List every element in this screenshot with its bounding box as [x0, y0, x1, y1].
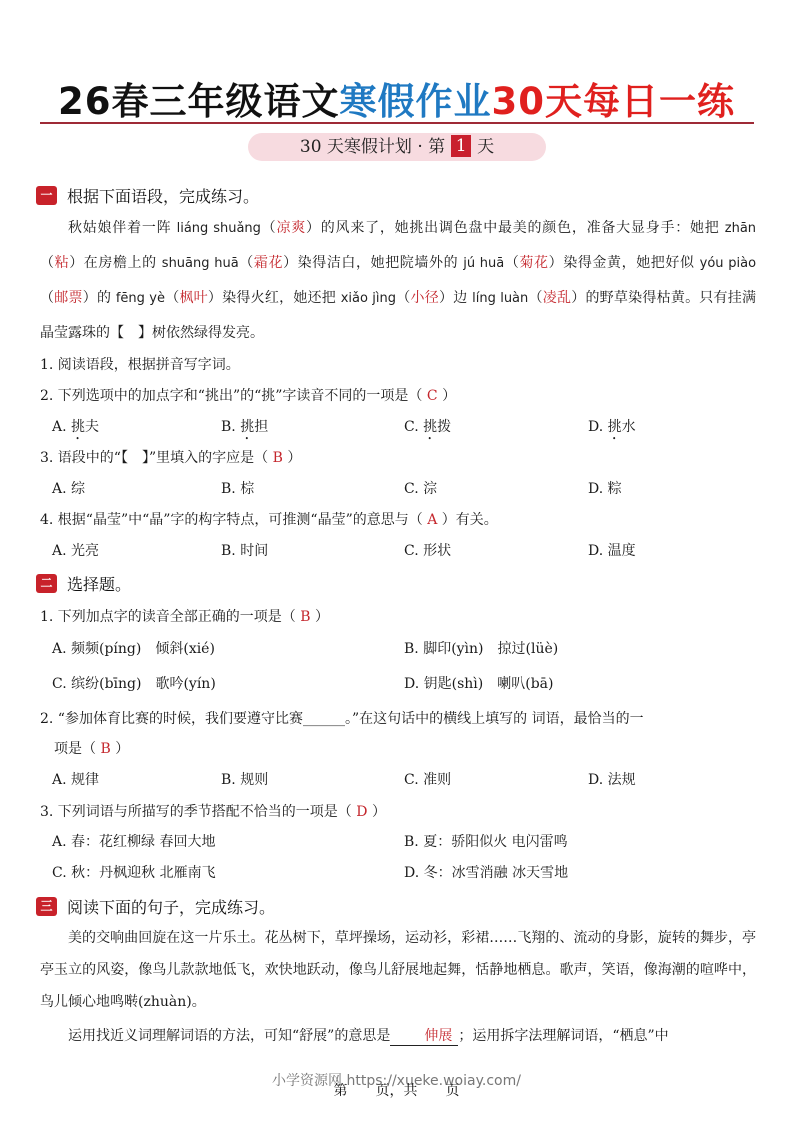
answer: D: [356, 804, 367, 820]
option-c: C. 挑拨: [404, 416, 451, 443]
option-a: A. 挑夫: [52, 416, 99, 443]
answer: B: [300, 609, 310, 625]
question-3-1: 运用找近义词理解词语的方法，可知“舒展”的意思是伸展；运用拆字法理解词语，“栖息…: [40, 1020, 756, 1052]
question-2-2: 2. “参加体育比赛的时候，我们要遵守比赛______。”在这句话中的横线上填写…: [40, 708, 644, 728]
option-c: C. 秋：丹枫迎秋 北雁南飞: [52, 862, 216, 882]
title-divider: [40, 122, 754, 124]
section-title: 根据下面语段，完成练习。: [67, 184, 259, 207]
answer: C: [427, 388, 438, 404]
option-d: D. 挑水: [588, 416, 636, 443]
option-a: A. 规律: [52, 769, 99, 789]
section-number-icon: 一: [36, 186, 57, 205]
option-b: B. 棕: [221, 478, 254, 498]
question-2-3: 3. 下列词语与所描写的季节搭配不恰当的一项是（ D ）: [40, 801, 386, 821]
section-title: 阅读下面的句子，完成练习。: [67, 895, 275, 918]
title-part-red: 30天每日一练: [492, 80, 736, 123]
option-a: A. 光亮: [52, 540, 99, 560]
option-b: B. 夏：骄阳似火 电闪雷鸣: [404, 831, 568, 851]
answer: B: [100, 741, 110, 757]
title-part-black: 26春三年级语文: [58, 80, 340, 123]
answer: A: [427, 512, 437, 528]
option-d: D. 冬：冰雪消融 冰天雪地: [404, 862, 568, 882]
option-c: C. 准则: [404, 769, 451, 789]
page-title: 26春三年级语文寒假作业30天每日一练: [0, 78, 793, 126]
option-a: A. 综: [52, 478, 85, 498]
title-part-blue: 寒假作业: [340, 80, 492, 123]
page-number: 第 页，共 页: [0, 1080, 793, 1100]
option-a: A. 频频(píng) 倾斜(xié): [52, 638, 215, 658]
option-b: B. 规则: [221, 769, 268, 789]
option-b: B. 挑担: [221, 416, 268, 443]
day-number-badge: 1: [451, 135, 471, 157]
option-c: C. 形状: [404, 540, 451, 560]
answer: B: [273, 450, 283, 466]
section-2-heading: 二 选择题。: [36, 572, 131, 595]
option-d: D. 温度: [588, 540, 636, 560]
reading-passage-3: 美的交响曲回旋在这一片乐土。花丛树下，草坪操场，运动衫，彩裙……飞翔的、流动的身…: [40, 922, 756, 1018]
option-d: D. 钥匙(shì) 喇叭(bā): [404, 673, 553, 693]
question-1-3: 3. 语段中的“【 】”里填入的字应是（ B ）: [40, 447, 301, 467]
option-b: B. 脚印(yìn) 掠过(lüè): [404, 638, 558, 658]
option-d: D. 粽: [588, 478, 622, 498]
section-3-heading: 三 阅读下面的句子，完成练习。: [36, 895, 275, 918]
day-plan-banner: 30 天寒假计划 · 第1天: [248, 133, 546, 161]
option-d: D. 法规: [588, 769, 636, 789]
section-1-heading: 一 根据下面语段，完成练习。: [36, 184, 259, 207]
section-number-icon: 三: [36, 897, 57, 916]
option-c: C. 淙: [404, 478, 437, 498]
reading-passage-1: 秋姑娘伴着一阵 liáng shuǎng（凉爽）的风来了，她挑出调色盘中最美的颜…: [40, 211, 756, 350]
question-1-4: 4. 根据“晶莹”中“晶”字的构字特点，可推测“晶莹”的意思与（ A ）有关。: [40, 509, 498, 529]
day-prefix: 30 天寒假计划 · 第: [300, 137, 445, 157]
option-c: C. 缤纷(bīng) 歌吟(yín): [52, 673, 216, 693]
question-2-1: 1. 下列加点字的读音全部正确的一项是（ B ）: [40, 606, 329, 626]
question-1-2: 2. 下列选项中的加点字和“挑出”的“挑”字读音不同的一项是（ C ）: [40, 385, 456, 405]
question-2-2-cont: 项是（ B ）: [54, 738, 129, 758]
option-b: B. 时间: [221, 540, 268, 560]
day-suffix: 天: [477, 137, 494, 157]
question-1-1: 1. 阅读语段，根据拼音写字词。: [40, 354, 240, 374]
section-title: 选择题。: [67, 572, 131, 595]
section-number-icon: 二: [36, 574, 57, 593]
answer-blank: 伸展: [390, 1027, 458, 1046]
option-a: A. 春：花红柳绿 春回大地: [52, 831, 215, 851]
